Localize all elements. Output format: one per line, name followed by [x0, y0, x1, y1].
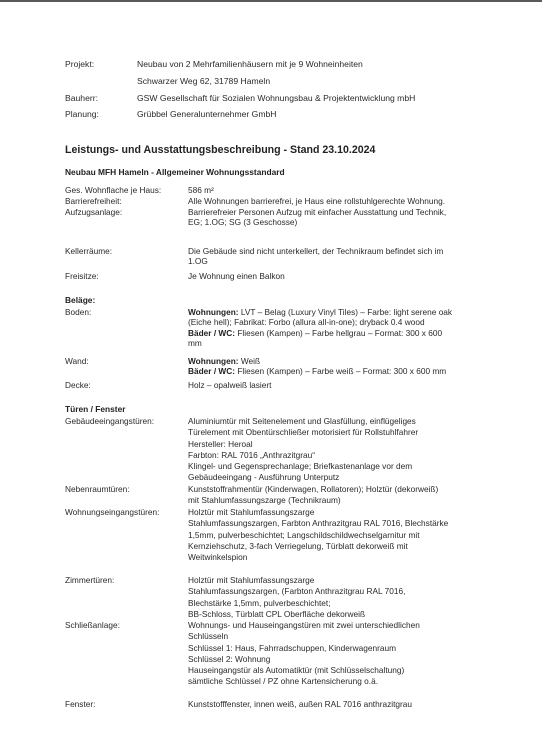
row-value-line: Hersteller: Heroal [188, 439, 508, 450]
row-value-line: Blechstärke 1,5mm, pulverbeschichtet; [188, 598, 508, 609]
row-label: Aufzugsanlage: [65, 207, 122, 217]
row-value-line: Wohnungen: Weiß [188, 356, 508, 366]
row-value-line: 1.OG [188, 256, 508, 266]
row-value-line: mm [188, 338, 508, 348]
row-value-line: Kernziehschutz, 3-fach Verriegelung, Tür… [188, 541, 508, 552]
header-value: Neubau von 2 Mehrfamilienhäusern mit je … [137, 59, 363, 70]
row-label: Zimmertüren: [65, 575, 114, 585]
row-value-line: Weitwinkelspion [188, 552, 508, 563]
row-value-line: 1,5mm, pulverbeschichtet; Langschildschi… [188, 530, 508, 541]
row-label: Wand: [65, 356, 89, 366]
row-value-line: Gebäudeeingang - Ausführung Unterputz [188, 472, 508, 483]
row-label: Wohnungseingangstüren: [65, 507, 159, 517]
row-value-line: Hauseingangstür als Automatiktür (mit Sc… [188, 665, 508, 676]
row-value-line: EG; 1.OG; SG (3 Geschosse) [188, 217, 508, 227]
header-label: Projekt: [65, 59, 135, 70]
header-label: Bauherr: [65, 93, 135, 104]
row-label: Barrierefreiheit: [65, 196, 122, 206]
row-value-line: Schlüssel 2: Wohnung [188, 654, 508, 665]
header-label: Planung: [65, 109, 135, 120]
row-value-line: Türelement mit Obentürschließer motorisi… [188, 427, 508, 438]
row-label: Ges. Wohnflache je Haus: [65, 185, 161, 195]
row-label: Kellerräume: [65, 246, 112, 256]
row-value-line: Farbton: RAL 7016 „Anthrazitgrau“ [188, 450, 508, 461]
row-value-line: Die Gebäude sind nicht unterkellert, der… [188, 246, 508, 256]
header-value: GSW Gesellschaft für Sozialen Wohnungsba… [137, 93, 415, 104]
row-label: Schließanlage: [65, 620, 120, 630]
row-value: Kunststofffenster, innen weiß, außen RAL… [188, 699, 508, 709]
row-value: Alle Wohnungen barrierefrei, je Haus ein… [188, 196, 508, 206]
row-label: Boden: [65, 307, 91, 317]
row-value: Holz – opalweiß lasiert [188, 380, 508, 390]
row-value-line: Wohnungs- und Hauseingangstüren mit zwei… [188, 620, 508, 631]
document-title: Leistungs- und Ausstattungsbeschreibung … [65, 144, 375, 156]
row-value-line: (Eiche hell); Fabrikat: Forbo (allura al… [188, 317, 508, 327]
row-value-line: Schlüssel 1: Haus, Fahrradschuppen, Kind… [188, 643, 508, 654]
row-value-line: Wohnungen: LVT – Belag (Luxury Vinyl Til… [188, 307, 508, 317]
row-value-line: Klingel- und Gegensprechanlage; Briefkas… [188, 461, 508, 472]
header-value: Grübbel Generalunternehmer GmbH [137, 109, 276, 120]
row-value-line: Stahlumfassungszargen, (Farbton Anthrazi… [188, 586, 508, 597]
row-value-line: Stahlumfassungszargen, Farbton Anthrazit… [188, 518, 508, 529]
row-value-line: Kunststoffrahmentür (Kinderwagen, Rollat… [188, 484, 508, 495]
row-label: Freisitze: [65, 271, 99, 281]
document-subtitle: Neubau MFH Hameln - Allgemeiner Wohnungs… [65, 167, 285, 177]
section-heading-belaege: Beläge: [65, 295, 95, 305]
row-value-line: sämtliche Schlüssel / PZ ohne Kartensich… [188, 676, 508, 687]
row-value-line: mit Stahlumfassungszarge (Technikraum) [188, 495, 508, 506]
row-value: Je Wohnung einen Balkon [188, 271, 508, 281]
row-label: Gebäudeeingangstüren: [65, 416, 154, 426]
row-value-line: Bäder / WC: Fliesen (Kampen) – Farbe wei… [188, 366, 508, 376]
row-value-line: Holztür mit Stahlumfassungszarge [188, 507, 508, 518]
row-value-line: Bäder / WC: Fliesen (Kampen) – Farbe hel… [188, 328, 508, 338]
row-value-line: BB-Schloss, Türblatt CPL Oberfläche deko… [188, 609, 508, 620]
row-value-line: Barrierefreier Personen Aufzug mit einfa… [188, 207, 508, 217]
row-value-line: Aluminiumtür mit Seitenelement und Glasf… [188, 416, 508, 427]
header-value: Schwarzer Weg 62, 31789 Hameln [137, 76, 270, 87]
document-page: Projekt: Neubau von 2 Mehrfamilienhäuser… [0, 0, 542, 750]
section-heading-tueren: Türen / Fenster [65, 404, 126, 414]
row-label: Nebenraumtüren: [65, 484, 130, 494]
row-value-line: Holztür mit Stahlumfassungszarge [188, 575, 508, 586]
row-label: Decke: [65, 380, 91, 390]
row-label: Fenster: [65, 699, 95, 709]
row-value: 586 m² [188, 185, 508, 195]
row-value-line: Schlüsseln [188, 631, 508, 642]
